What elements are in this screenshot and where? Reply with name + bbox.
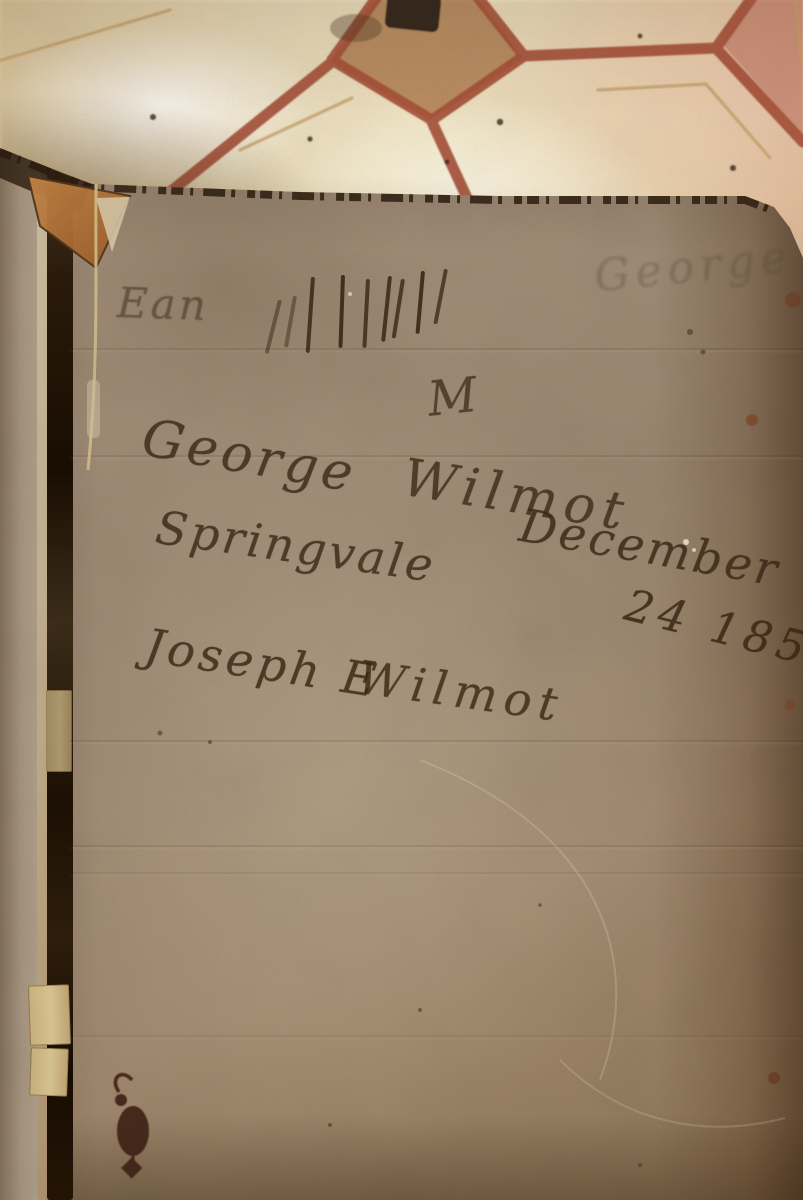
inscription-corner-word: Ean bbox=[116, 278, 209, 330]
scuff-mark bbox=[420, 760, 616, 1080]
inscription-monogram: M bbox=[425, 367, 480, 428]
ink-blot bbox=[115, 1075, 149, 1179]
scuff-mark bbox=[560, 1060, 785, 1127]
photo-old-book-flyleaf: Ean George M George Wilmot Springvale De… bbox=[0, 0, 803, 1200]
exposed-paper-strip bbox=[87, 380, 100, 438]
rust-stains bbox=[746, 292, 801, 1084]
